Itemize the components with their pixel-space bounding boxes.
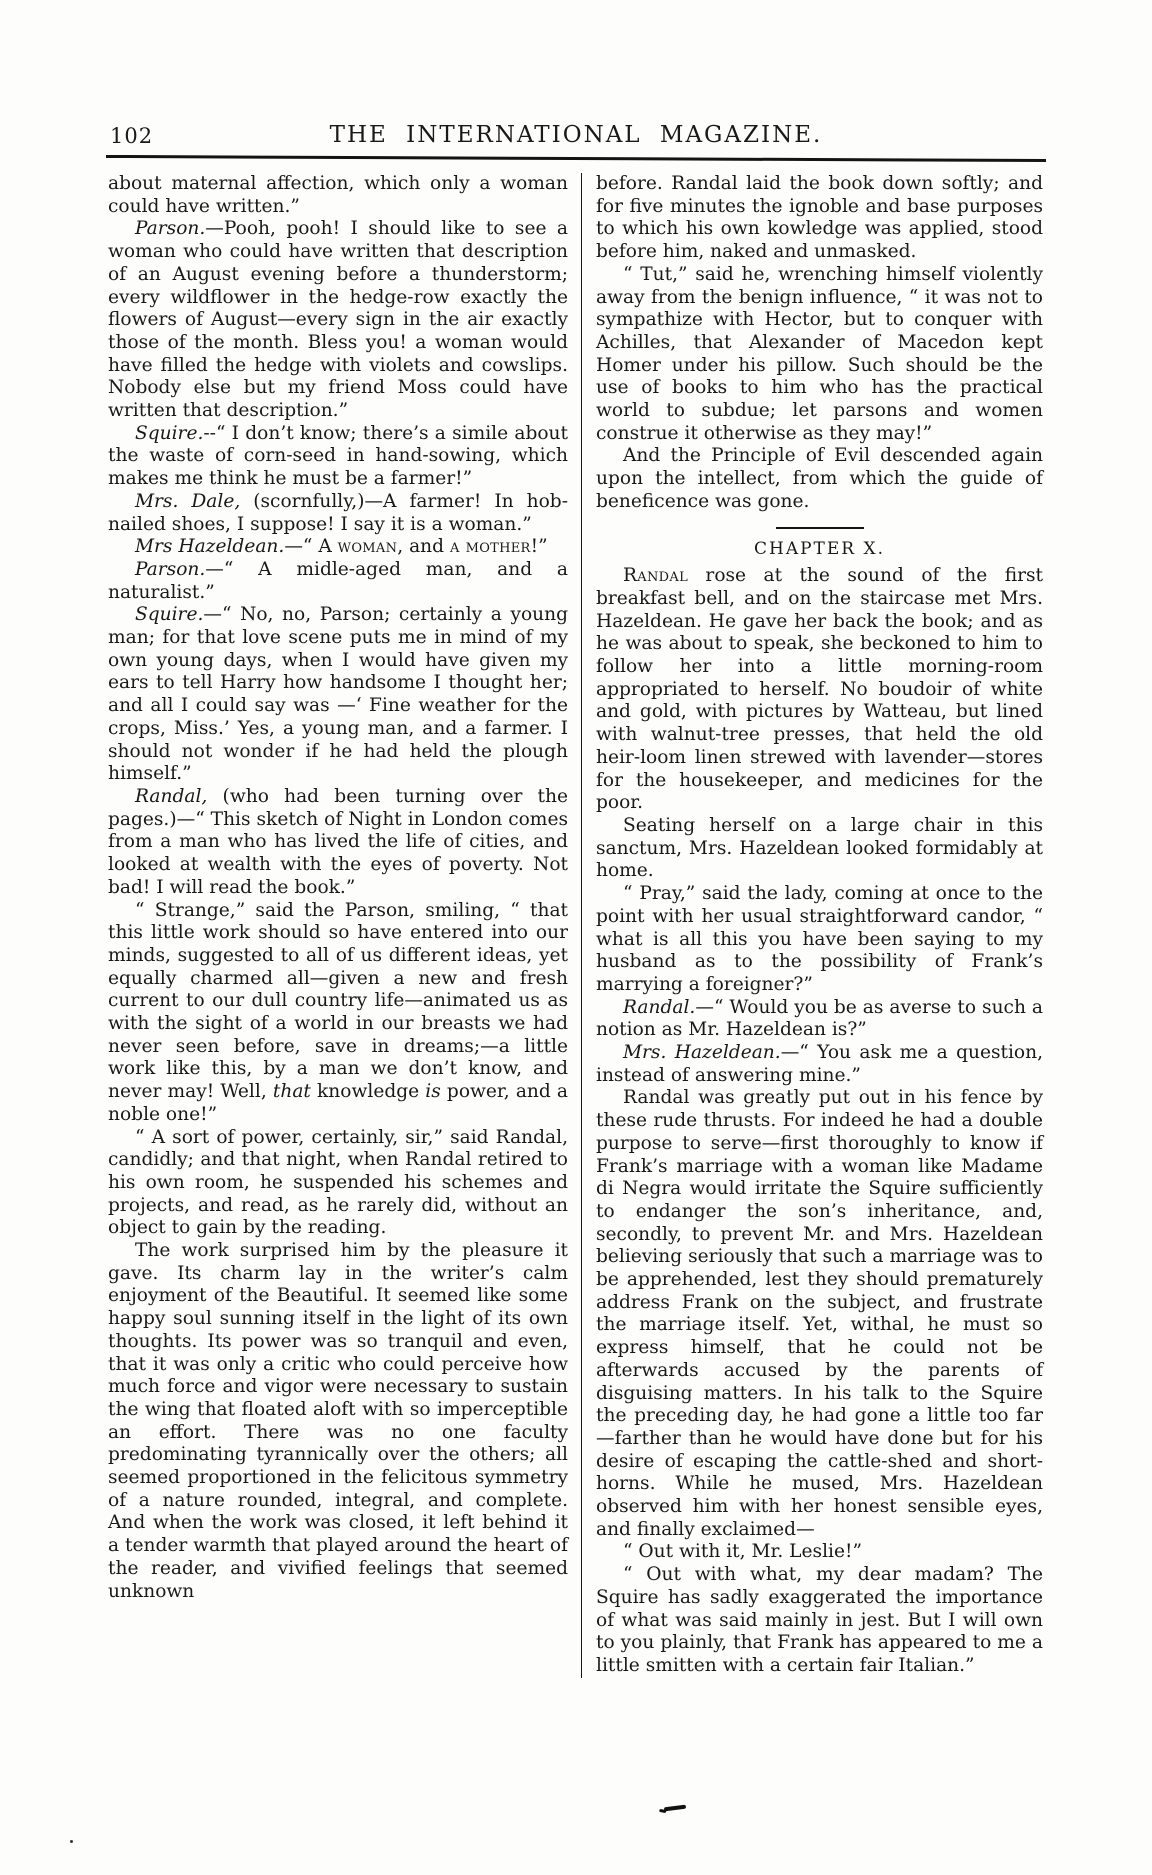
paragraph: Parson.—“ A midle-aged man, and a natura…	[108, 559, 568, 604]
paragraph: And the Principle of Evil descended agai…	[596, 445, 1043, 513]
paragraph: “ Out with what, my dear madam? The Squi…	[596, 1564, 1043, 1678]
text-segment: Squire.	[135, 604, 203, 625]
paragraph: Randal rose at the sound of the first br…	[596, 565, 1043, 815]
text-segment: rose at the sound of the first breakfast…	[596, 565, 1043, 813]
text-segment: Seating herself on a large chair in this…	[596, 815, 1043, 881]
paragraph: “ Strange,” said the Parson, smiling, “ …	[108, 900, 568, 1127]
text-segment: !”	[531, 536, 548, 557]
text-segment: Mrs Hazeldean.	[135, 536, 284, 557]
text-segment: Randal.	[623, 997, 695, 1018]
paragraph: about maternal affection, which only a w…	[108, 173, 568, 218]
text-segment: Parson.	[135, 218, 205, 239]
text-segment: about maternal affection, which only a w…	[108, 173, 568, 217]
column-divider-rule	[581, 173, 582, 1678]
text-segment: Randal was greatly put out in his fence …	[596, 1087, 1043, 1539]
paragraph: Mrs. Dale, (scornfully,)—A farmer! In ho…	[108, 491, 568, 536]
text-segment: Mrs. Dale,	[135, 491, 240, 512]
paragraph: Randal, (who had been turning over the p…	[108, 786, 568, 900]
text-columns: about maternal affection, which only a w…	[108, 173, 1044, 1678]
header-rule	[106, 155, 1046, 162]
paragraph: before. Randal laid the book down softly…	[596, 173, 1043, 264]
left-column: about maternal affection, which only a w…	[108, 173, 568, 1678]
text-segment: knowledge	[311, 1081, 425, 1102]
paragraph: Squire.—“ No, no, Parson; certainly a yo…	[108, 604, 568, 786]
text-segment: that	[273, 1081, 311, 1102]
paragraph: Randal was greatly put out in his fence …	[596, 1087, 1043, 1541]
text-segment: Randal,	[135, 786, 207, 807]
text-segment: —Pooh, pooh! I should like to see a woma…	[108, 218, 568, 421]
magazine-title: THE INTERNATIONAL MAGAZINE.	[108, 122, 1044, 148]
chapter-heading: CHAPTER X.	[596, 538, 1043, 561]
paragraph: “ Out with it, Mr. Leslie!”	[596, 1541, 1043, 1564]
paragraph: The work surprised him by the pleasure i…	[108, 1240, 568, 1603]
paragraph: “ A sort of power, certainly, sir,” said…	[108, 1127, 568, 1241]
text-segment: —“ No, no, Parson; certainly a young man…	[108, 604, 568, 784]
chapter-rule	[776, 527, 864, 529]
text-segment: “ Tut,” said he, wrenching himself viole…	[596, 264, 1043, 444]
text-segment: The work surprised him by the pleasure i…	[108, 1240, 568, 1602]
text-segment: “ Pray,” said the lady, coming at once t…	[596, 883, 1043, 995]
paragraph: Mrs Hazeldean.—“ A woman, and a mother!”	[108, 536, 568, 559]
paragraph: Seating herself on a large chair in this…	[596, 815, 1043, 883]
right-column: before. Randal laid the book down softly…	[596, 173, 1043, 1678]
text-segment: woman	[338, 536, 398, 557]
text-segment: Randal	[623, 565, 688, 586]
text-segment: before. Randal laid the book down softly…	[596, 173, 1043, 262]
text-segment: , and	[397, 536, 450, 557]
text-segment: a	[450, 536, 460, 557]
paragraph: Mrs. Hazeldean.—“ You ask me a question,…	[596, 1042, 1043, 1087]
text-segment: “ Out with what, my dear madam? The Squi…	[596, 1564, 1043, 1676]
text-segment: “ A sort of power, certainly, sir,” said…	[108, 1127, 568, 1239]
paragraph: Randal.—“ Would you be as averse to such…	[596, 997, 1043, 1042]
ink-mark	[664, 1805, 686, 1812]
text-segment: Mrs. Hazeldean.	[623, 1042, 781, 1063]
text-segment: Parson.	[135, 559, 205, 580]
text-segment: —“ A	[284, 536, 337, 557]
text-segment: Squire.	[135, 423, 203, 444]
text-segment: “ Strange,” said the Parson, smiling, “ …	[108, 900, 568, 1103]
paragraph: Squire.--“ I don’t know; there’s a simil…	[108, 423, 568, 491]
ink-dot	[70, 1840, 73, 1843]
text-segment: is	[425, 1081, 441, 1102]
paragraph: “ Pray,” said the lady, coming at once t…	[596, 883, 1043, 997]
text-segment: And the Principle of Evil descended agai…	[596, 445, 1043, 511]
page-header: 102 THE INTERNATIONAL MAGAZINE.	[108, 120, 1044, 156]
text-segment: “ Out with it, Mr. Leslie!”	[623, 1541, 862, 1562]
paragraph: Parson.—Pooh, pooh! I should like to see…	[108, 218, 568, 422]
magazine-page: 102 THE INTERNATIONAL MAGAZINE. about ma…	[0, 0, 1152, 1875]
text-segment: mother	[466, 536, 531, 557]
paragraph: “ Tut,” said he, wrenching himself viole…	[596, 264, 1043, 446]
